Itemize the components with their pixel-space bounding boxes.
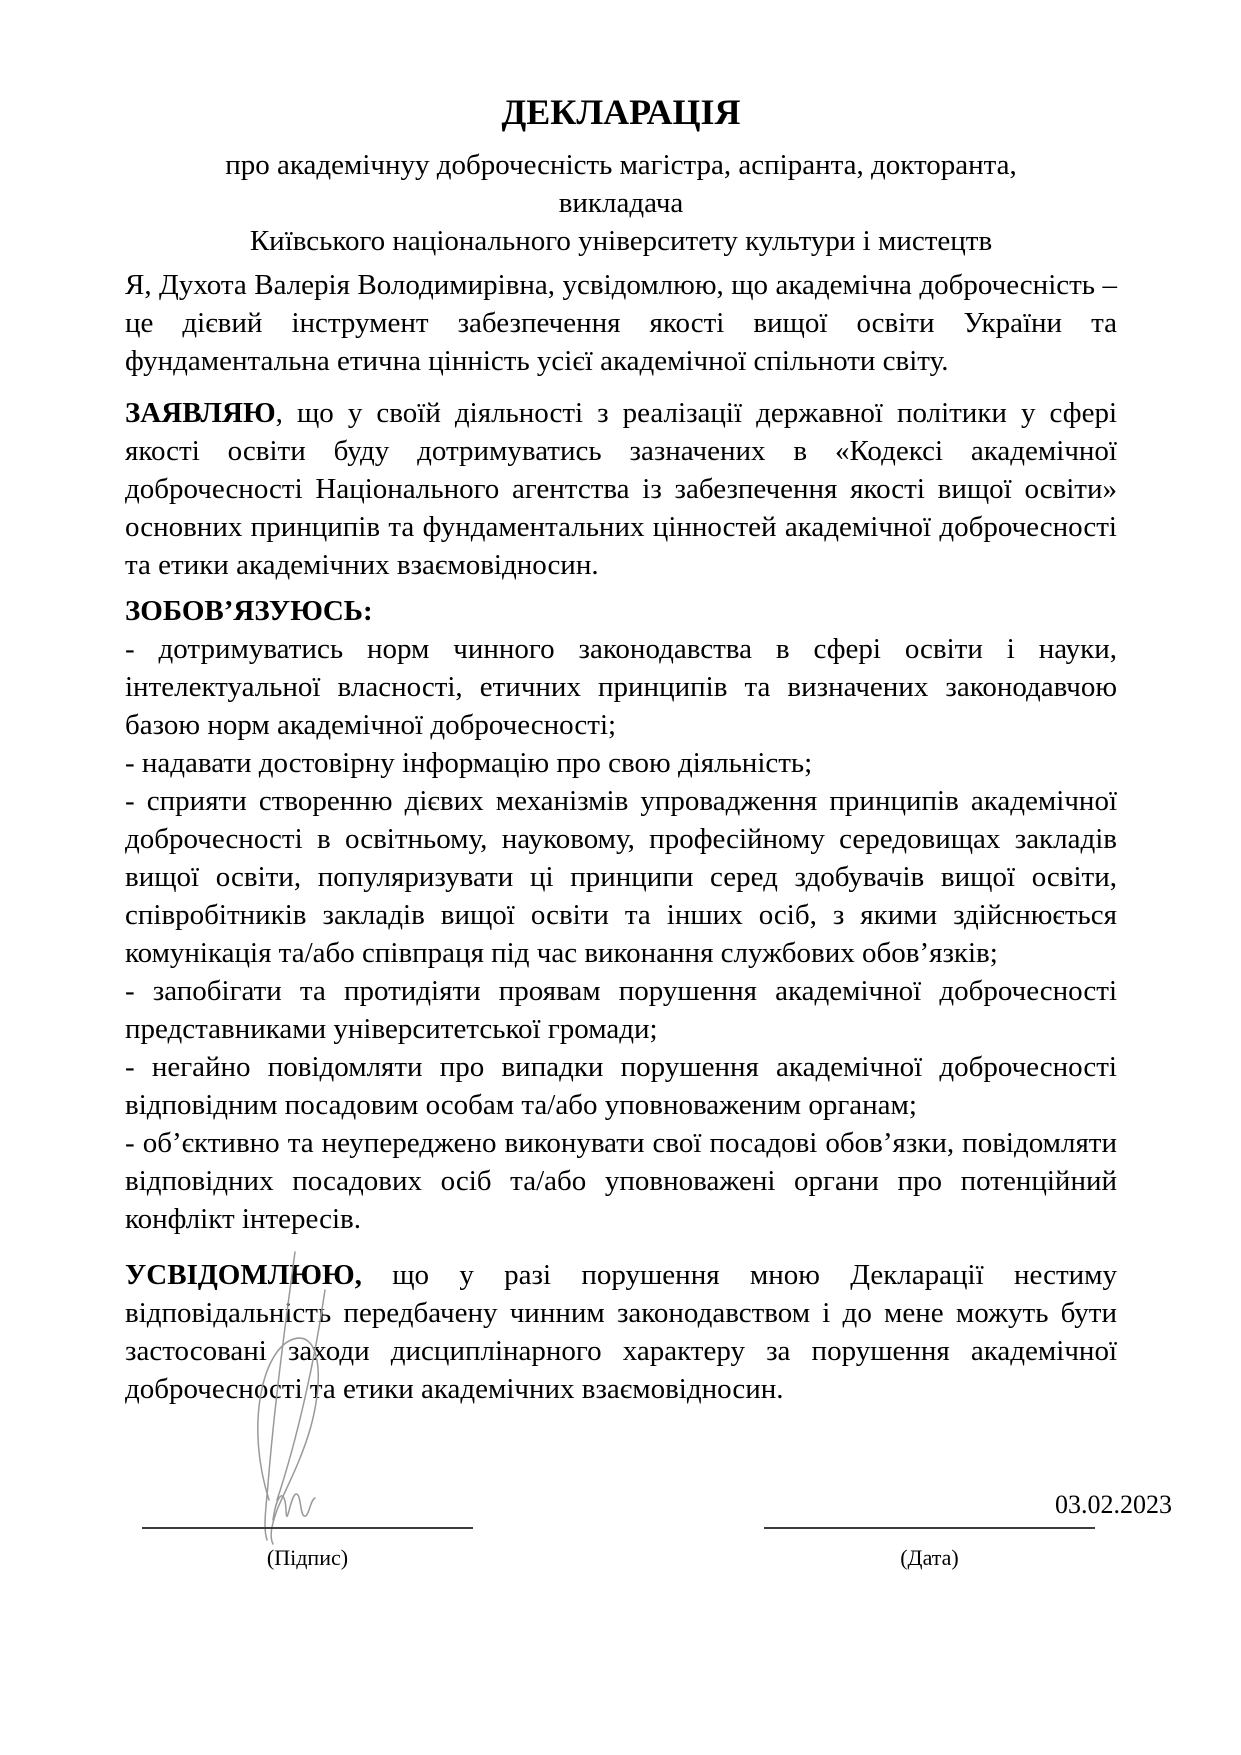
date-value: 03.02.2023 — [1055, 1488, 1172, 1522]
obligation-item: - негайно повідомляти про випадки поруше… — [125, 1048, 1117, 1124]
date-label: (Дата) — [764, 1543, 1095, 1573]
signature-label: (Підпис) — [142, 1543, 473, 1573]
obligation-item: - об’єктивно та неупереджено виконувати … — [125, 1124, 1117, 1238]
obligation-item: - надавати достовірну інформацію про сво… — [125, 744, 1117, 782]
handwritten-signature — [225, 1248, 370, 1558]
signature-footer: 03.02.2023 (Підпис) (Дата) — [0, 1408, 1241, 1755]
declaration-document-page: ДЕКЛАРАЦІЯ про академічнуу доброчесність… — [0, 0, 1241, 1755]
obligation-item: - дотримуватись норм чинного законодавст… — [125, 630, 1117, 744]
obligation-item: - запобігати та протидіяти проявам поруш… — [125, 972, 1117, 1048]
declare-paragraph: ЗАЯВЛЯЮ, що у своїй діяльності з реаліза… — [125, 394, 1117, 584]
intro-paragraph: Я, Духота Валерія Володимирівна, усвідом… — [125, 266, 1117, 380]
date-line — [764, 1527, 1095, 1529]
university-name-line: Київського національного університету ку… — [125, 222, 1117, 260]
obligations-heading: ЗОБОВ’ЯЗУЮСЬ: — [125, 592, 1117, 630]
obligation-item: - сприяти створенню дієвих механізмів уп… — [125, 782, 1117, 972]
declare-lead-word: ЗАЯВЛЯЮ — [125, 397, 276, 429]
signature-line — [142, 1527, 473, 1529]
document-title: ДЕКЛАРАЦІЯ — [125, 90, 1117, 134]
document-subtitle-line1: про академічнуу доброчесність магістра, … — [125, 146, 1117, 184]
document-subtitle-line2: викладача — [125, 184, 1117, 222]
